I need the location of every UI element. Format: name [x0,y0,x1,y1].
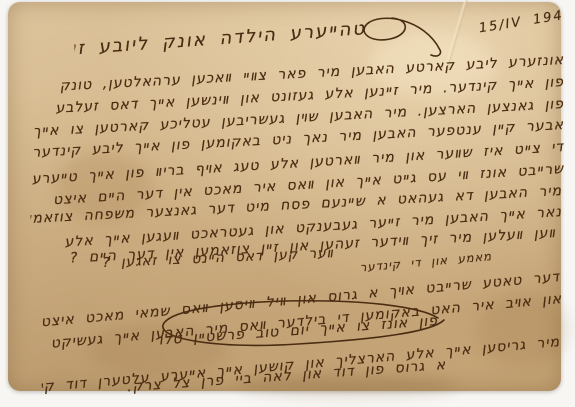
date: 15/IV 1941 [478,8,565,36]
postcard-paper: 15/IV 1941 טהײערע הילדה אונק ליובע זוגא … [8,2,561,391]
handwriting-line-small: מאמע און די קינדער [360,249,493,274]
salutation-line: טהײערע הילדה אונק ליובע זוגא ! [74,18,367,59]
postcard-photo: 15/IV 1941 טהײערע הילדה אונק ליובע זוגא … [0,0,575,407]
